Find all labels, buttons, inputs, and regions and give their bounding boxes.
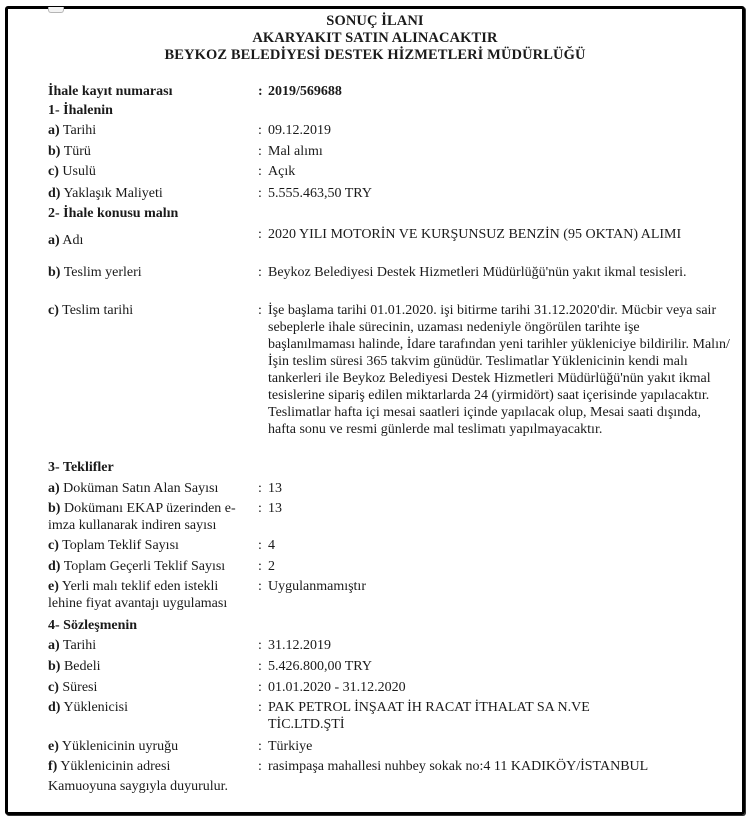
section-title-bids: 3- Teklifler — [48, 459, 114, 476]
issuing-authority: BEYKOZ BELEDİYESİ DESTEK HİZMETLERİ MÜDÜ… — [0, 47, 750, 64]
delivery-date-value: :İşe başlama tarihi 01.01.2020. işi biti… — [258, 302, 730, 438]
total-bids-label: c) Toplam Teklif Sayısı — [48, 537, 253, 554]
goods-name-label: a) Adı — [48, 232, 253, 249]
contract-date-label: a) Tarihi — [48, 637, 253, 654]
contractor-address-label: f) Yüklenicinin adresi — [48, 758, 253, 775]
registration-label: İhale kayıt numarası — [48, 83, 253, 100]
notice-title: SONUÇ İLANI — [0, 13, 750, 30]
contract-price-label: b) Bedeli — [48, 658, 253, 675]
domestic-advantage-label: e) Yerli malı teklif eden istekli lehine… — [48, 578, 253, 612]
docs-downloaded-label: b) Dokümanı EKAP üzerinden e-imza kullan… — [48, 500, 253, 534]
delivery-date-label: c) Teslim tarihi — [48, 302, 253, 319]
contractor-value: :PAK PETROL İNŞAAT İH RACAT İTHALAT SA N… — [258, 699, 668, 733]
docs-downloaded-value: :13 — [258, 500, 738, 517]
delivery-places-label: b) Teslim yerleri — [48, 264, 253, 281]
valid-bids-label: d) Toplam Geçerli Teklif Sayısı — [48, 558, 253, 575]
contract-duration-label: c) Süresi — [48, 679, 253, 696]
contractor-nationality-label: e) Yüklenicinin uyruğu — [48, 738, 253, 755]
tender-procedure-label: c) Usulü — [48, 163, 253, 180]
tender-procedure-value: :Açık — [258, 163, 738, 180]
contractor-nationality-value: :Türkiye — [258, 738, 738, 755]
tender-date-value: :09.12.2019 — [258, 122, 738, 139]
approx-cost-label: d) Yaklaşık Maliyeti — [48, 185, 253, 202]
notice-subtitle: AKARYAKIT SATIN ALINACAKTIR — [0, 30, 750, 47]
registration-value: :2019/569688 — [258, 83, 738, 100]
tender-type-label: b) Türü — [48, 143, 253, 160]
docs-purchased-value: :13 — [258, 480, 738, 497]
goods-name-value: :2020 YILI MOTORİN VE KURŞUNSUZ BENZİN (… — [258, 226, 698, 243]
section-title-tender: 1- İhalenin — [48, 102, 113, 119]
tender-type-value: :Mal alımı — [258, 143, 738, 160]
section-title-contract: 4- Sözleşmenin — [48, 617, 137, 634]
contract-price-value: :5.426.800,00 TRY — [258, 658, 738, 675]
section-title-goods: 2- İhale konusu malın — [48, 205, 178, 222]
contract-duration-value: :01.01.2020 - 31.12.2020 — [258, 679, 738, 696]
contractor-label: d) Yüklenicisi — [48, 699, 253, 716]
total-bids-value: :4 — [258, 537, 738, 554]
contract-date-value: :31.12.2019 — [258, 637, 738, 654]
tender-date-label: a) Tarihi — [48, 122, 253, 139]
docs-purchased-label: a) Doküman Satın Alan Sayısı — [48, 480, 253, 497]
contractor-address-value: :rasimpaşa mahallesi nuhbey sokak no:4 1… — [258, 758, 738, 775]
delivery-places-value: :Beykoz Belediyesi Destek Hizmetleri Müd… — [258, 264, 698, 281]
approx-cost-value: :5.555.463,50 TRY — [258, 185, 738, 202]
closing-statement: Kamuoyuna saygıyla duyurulur. — [48, 778, 228, 795]
domestic-advantage-value: :Uygulanmamıştır — [258, 578, 738, 595]
valid-bids-value: :2 — [258, 558, 738, 575]
